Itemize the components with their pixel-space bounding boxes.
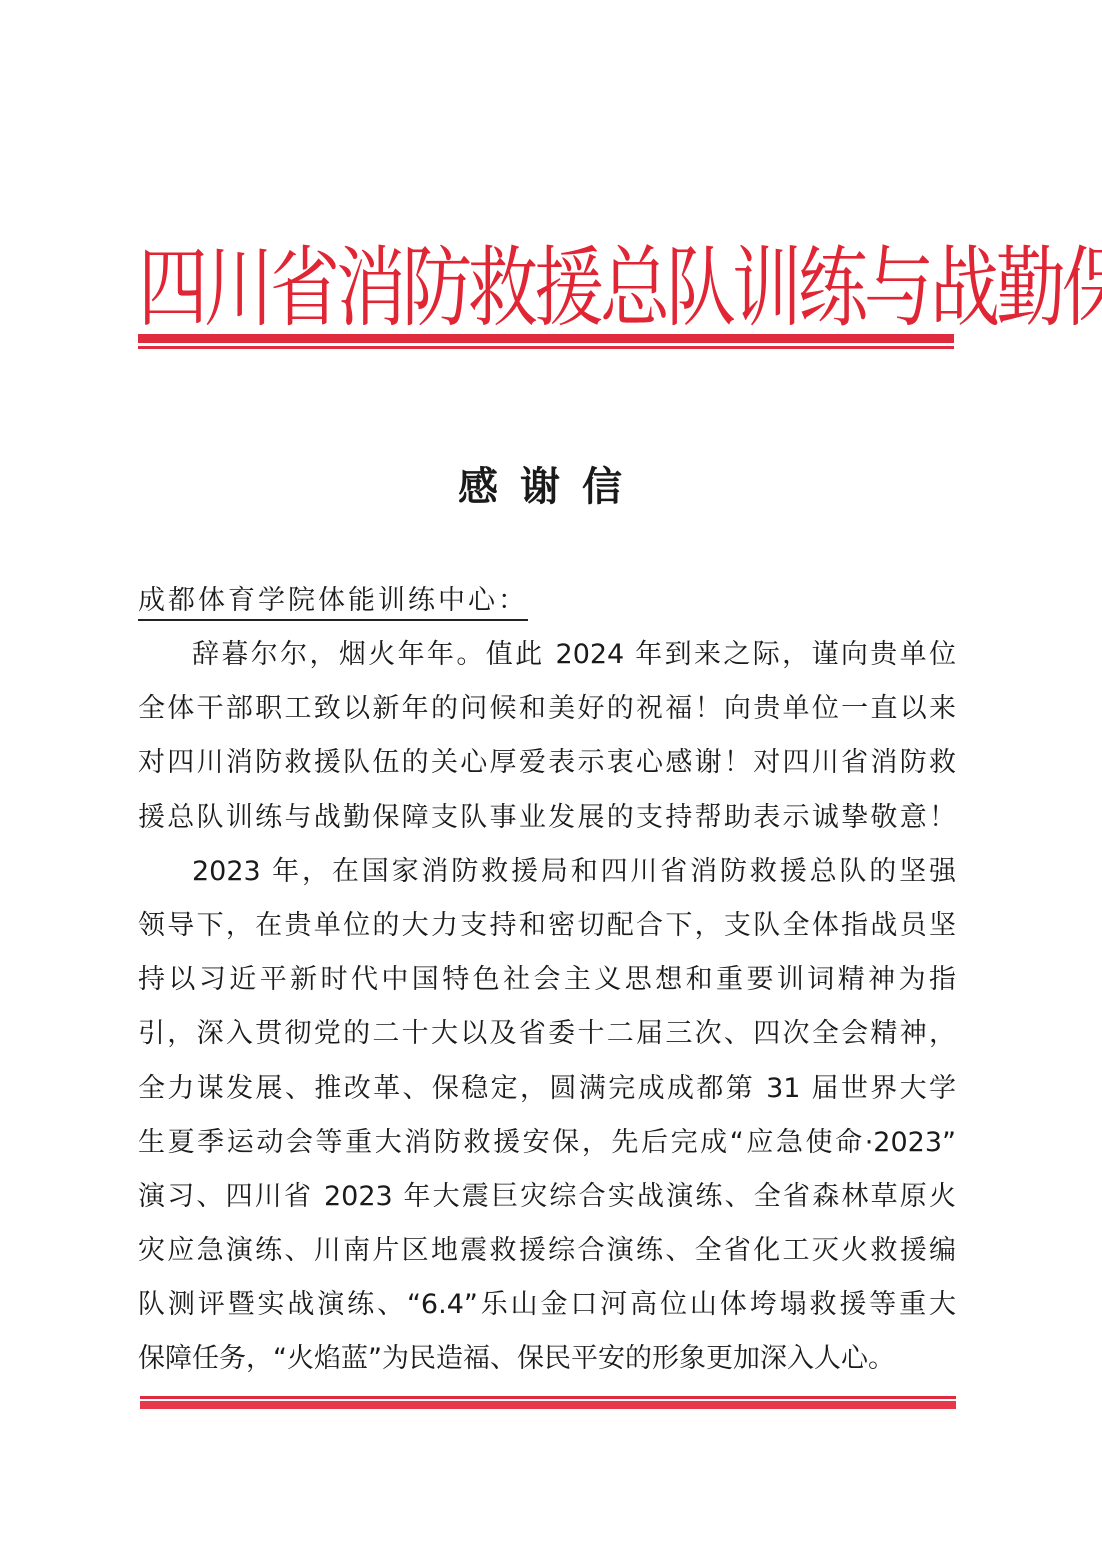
salutation: 成都体育学院体能训练中心： xyxy=(138,578,528,621)
text-line: 辞暮尔尔，烟火年年。值此 2024 年到来之际，谨向贵单位 xyxy=(138,628,956,682)
text-line: 灾应急演练、川南片区地震救援综合演练、全省化工灭火救援编 xyxy=(138,1224,956,1278)
letterhead-char: 总 xyxy=(600,244,666,332)
letterhead-char: 保 xyxy=(1062,244,1102,332)
text-line: 援总队训练与战勤保障支队事业发展的支持帮助表示诚挚敬意！ xyxy=(138,791,956,845)
letterhead-char: 训 xyxy=(732,244,798,332)
text-line: 引，深入贯彻党的二十大以及省委十二届三次、四次全会精神， xyxy=(138,1007,956,1061)
letterhead-char: 练 xyxy=(798,244,864,332)
footer-divider-thick xyxy=(140,1401,956,1409)
text-line: 全体干部职工致以新年的问候和美好的祝福！向贵单位一直以来 xyxy=(138,682,956,736)
text-line: 持以习近平新时代中国特色社会主义思想和重要训词精神为指 xyxy=(138,953,956,1007)
letterhead-char: 四 xyxy=(138,244,204,332)
letter-body: 辞暮尔尔，烟火年年。值此 2024 年到来之际，谨向贵单位 全体干部职工致以新年… xyxy=(138,628,956,1387)
text-line: 领导下，在贵单位的大力支持和密切配合下，支队全体指战员坚 xyxy=(138,899,956,953)
letterhead-char: 川 xyxy=(204,244,270,332)
text-line: 生夏季运动会等重大消防救援安保，先后完成“应急使命·2023” xyxy=(138,1116,956,1170)
letterhead-char: 救 xyxy=(468,244,534,332)
text-line: 全力谋发展、推改革、保稳定，圆满完成成都第 31 届世界大学 xyxy=(138,1062,956,1116)
paragraph-1: 辞暮尔尔，烟火年年。值此 2024 年到来之际，谨向贵单位 全体干部职工致以新年… xyxy=(138,628,956,845)
letterhead-char: 省 xyxy=(270,244,336,332)
text-line: 演习、四川省 2023 年大震巨灾综合实战演练、全省森林草原火 xyxy=(138,1170,956,1224)
letterhead-char: 战 xyxy=(930,244,996,332)
letterhead-char: 援 xyxy=(534,244,600,332)
text-line: 保障任务，“火焰蓝”为民造福、保民平安的形象更加深入人心。 xyxy=(138,1332,956,1386)
letterhead-divider-thick xyxy=(138,334,954,343)
footer-divider-thin xyxy=(140,1396,956,1399)
text-line: 2023 年，在国家消防救援局和四川省消防救援总队的坚强 xyxy=(138,845,956,899)
text-line: 队测评暨实战演练、“6.4”乐山金口河高位山体垮塌救援等重大 xyxy=(138,1278,956,1332)
letterhead-divider-thin xyxy=(138,346,954,349)
letterhead-char: 消 xyxy=(336,244,402,332)
text-line: 对四川消防救援队伍的关心厚爱表示衷心感谢！对四川省消防救 xyxy=(138,736,956,790)
paragraph-2: 2023 年，在国家消防救援局和四川省消防救援总队的坚强 领导下，在贵单位的大力… xyxy=(138,845,956,1387)
letterhead-char: 勤 xyxy=(996,244,1062,332)
letterhead-char: 队 xyxy=(666,244,732,332)
letterhead-organization: 四 川 省 消 防 救 援 总 队 训 练 与 战 勤 保 障 支 队 xyxy=(138,238,954,338)
document-title: 感谢信 xyxy=(0,455,1102,512)
letterhead-char: 防 xyxy=(402,244,468,332)
letterhead-char: 与 xyxy=(864,244,930,332)
